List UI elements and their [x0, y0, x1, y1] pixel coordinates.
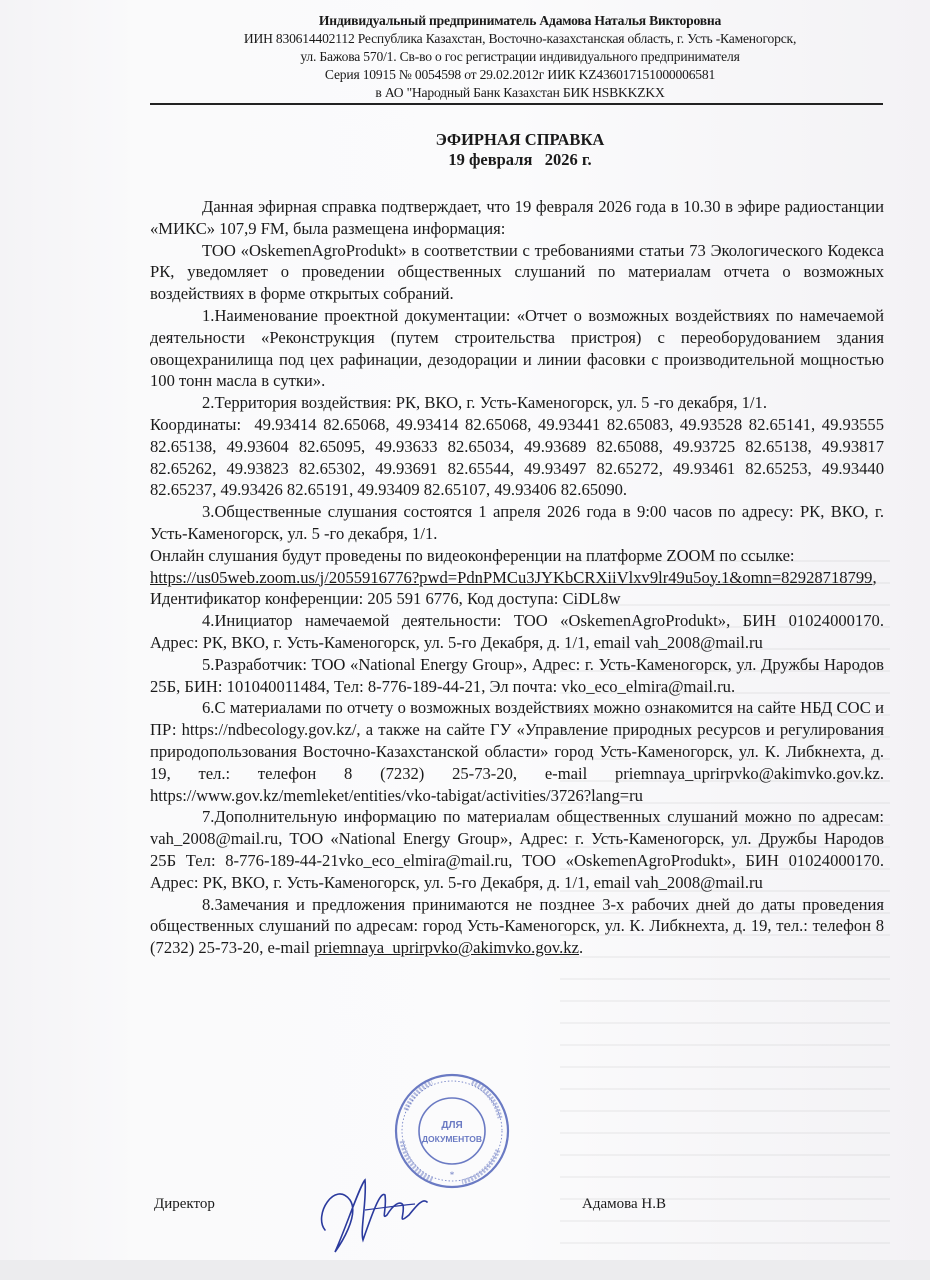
item-8-end: . — [579, 938, 583, 957]
item-8-email-link[interactable]: priemnaya_uprirpvko@akimvko.gov.kz — [314, 938, 579, 957]
document-body: Данная эфирная справка подтверждает, что… — [150, 196, 884, 959]
item-3-zoom-link-line: https://us05web.zoom.us/j/2055916776?pwd… — [150, 567, 884, 611]
item-5-developer: 5.Разработчик: ТОО «National Energy Grou… — [150, 654, 884, 698]
item-6-materials: 6.С материалами по отчету о возможных во… — [150, 697, 884, 806]
letterhead-name: Индивидуальный предприниматель Адамова Н… — [150, 12, 890, 30]
coordinates-values: 49.93414 82.65068, 49.93414 82.65068, 49… — [150, 415, 884, 499]
coordinates-label: Координаты: — [150, 415, 241, 434]
item-1-project-name: 1.Наименование проектной документации: «… — [150, 305, 884, 392]
item-7-additional-info: 7.Дополнительную информацию по материала… — [150, 806, 884, 893]
item-2-territory: 2.Территория воздействия: РК, ВКО, г. Ус… — [150, 392, 884, 414]
letterhead-line-iin: ИИН 830614402112 Республика Казахстан, В… — [150, 30, 890, 48]
letterhead-line-registration: Серия 10915 № 0054598 от 29.02.2012г ИИК… — [150, 66, 890, 84]
item-8-comments: 8.Замечания и предложения принимаются не… — [150, 894, 884, 959]
item-2-coordinates: Координаты: 49.93414 82.65068, 49.93414 … — [150, 414, 884, 501]
title-heading: ЭФИРНАЯ СПРАВКА — [150, 130, 890, 150]
letterhead-line-bank: в АО "Народный Банк Казахстан БИК HSBKKZ… — [150, 84, 890, 102]
stamp-text-2: ДОКУМЕНТОВ — [422, 1134, 482, 1144]
document-title: ЭФИРНАЯ СПРАВКА 19 февраля 2026 г. — [150, 130, 890, 170]
svg-text:*: * — [450, 1170, 455, 1180]
item-3-online-info: Онлайн слушания будут проведены по видео… — [150, 545, 884, 567]
intro-paragraph: Данная эфирная справка подтверждает, что… — [150, 196, 884, 240]
letterhead-line-address: ул. Бажова 570/1. Св-во о гос регистраци… — [150, 48, 890, 66]
zoom-link[interactable]: https://us05web.zoom.us/j/2055916776?pwd… — [150, 568, 872, 587]
item-4-initiator: 4.Инициатор намечаемой деятельности: ТОО… — [150, 610, 884, 654]
signatory-name: Адамова Н.В — [582, 1196, 666, 1213]
stamp-text-1: ДЛЯ — [441, 1120, 462, 1131]
notice-paragraph: ТОО «OskemenAgroProdukt» в соответствии … — [150, 240, 884, 305]
director-signature — [305, 1160, 435, 1255]
item-3-hearing-date: 3.Общественные слушания состоятся 1 апре… — [150, 501, 884, 545]
letterhead-divider — [150, 103, 883, 105]
page-bottom-margin — [0, 1260, 930, 1280]
signatory-role: Директор — [154, 1196, 215, 1213]
document-page: Индивидуальный предприниматель Адамова Н… — [0, 0, 930, 1260]
title-date: 19 февраля 2026 г. — [150, 150, 890, 170]
letterhead: Индивидуальный предприниматель Адамова Н… — [150, 12, 890, 102]
